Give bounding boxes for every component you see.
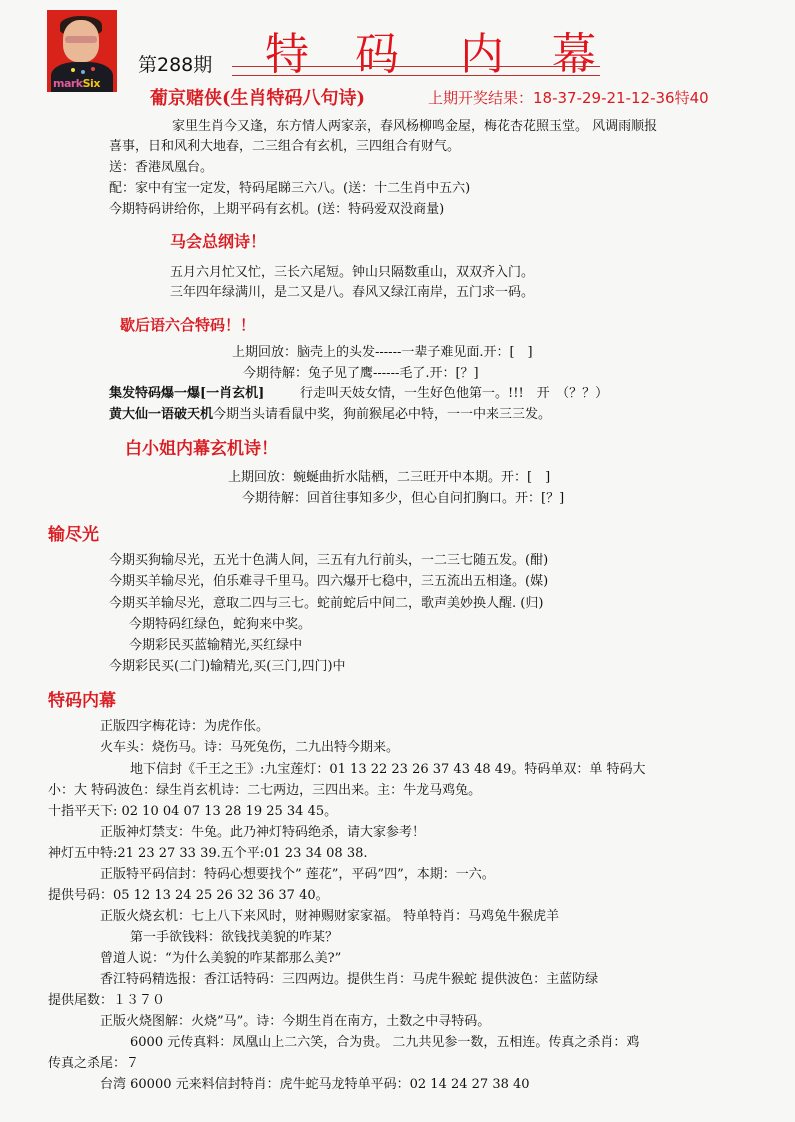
title-char: 码 (355, 18, 399, 82)
list-line: 今期买狗输尽光，五光十色满人间，三五有九行前头，一二三七随五发。(酣) (109, 551, 548, 571)
list-line: 今期买羊输尽光，伯乐难寻千里马。四六爆开七稳中，三五流出五相逢。(媒) (109, 572, 548, 592)
section-heading: 歇后语六合特码！！ (120, 314, 255, 335)
poem-line: 送：香港凤凰台。 (109, 158, 213, 178)
dot-icon (81, 70, 85, 74)
list-line: 曾道人说：“为什么美貌的咋某都那么美?” (100, 949, 341, 969)
list-line: 正版神灯禁支：牛兔。此乃神灯特码绝杀，请大家参考！ (100, 823, 425, 843)
poem-line: 家里生肖今又逢，东方情人两家亲，春风杨柳鸣金屋，梅花杏花照玉堂。 风调雨顺报 (172, 117, 657, 137)
poem-line: 三年四年绿满川，是二又是八。春风又绿江南岸，五门求一码。 (170, 283, 534, 303)
list-line: 今期彩民买(二门)输精光,买(三门,四门)中 (109, 657, 346, 677)
issue-number: 第288期 (138, 50, 212, 77)
section-heading: 输尽光 (48, 520, 99, 545)
huang-line: 黄大仙一语破天机今期当头请看鼠中奖，狗前猴尾必中特，一一中来三三发。 (109, 405, 551, 425)
last-draw-result: 上期开奖结果：18-37-29-21-12-36特40 (428, 87, 709, 108)
list-line: 传真之杀尾：７ (48, 1054, 139, 1074)
riddle-now: 今期待解：回首往事知多少，但心自问扪胸口。开：[？] (242, 489, 564, 509)
list-line: 提供尾数：１３７０ (48, 991, 165, 1011)
dot-icon (71, 68, 75, 72)
list-line: 今期买羊输尽光，意取二四与三七。蛇前蛇后中间二，歌声美妙换人醒. (归) (109, 594, 543, 614)
dot-icon (91, 67, 95, 71)
riddle-now: 今期待解：兔子见了鹰------毛了.开：[？] (243, 364, 479, 384)
title-underline (232, 66, 600, 67)
list-line: 今期彩民买蓝输精光,买红绿中 (129, 636, 302, 656)
jifa-label: 集发特码爆一爆[一肖玄机] (109, 384, 264, 404)
list-line: 正版火烧玄机：七上八下来风时，财神赐财家家福。 特单特肖：马鸡兔牛猴虎羊 (100, 907, 559, 927)
list-line: 十指平天下: 02 10 04 07 13 28 19 25 34 45。 (48, 802, 337, 822)
list-line: 香江特码精选报：香江话特码：三四两边。提供生肖：马虎牛猴蛇 提供波色：主蓝防绿 (100, 970, 598, 990)
poem-line: 五月六月忙又忙，三长六尾短。钟山只隔数重山，双双齐入门。 (170, 263, 534, 283)
title-underline (232, 75, 600, 76)
avatar-photo: markSix (47, 10, 117, 92)
list-line: 正版四字梅花诗：为虎作伥。 (100, 717, 269, 737)
riddle-last: 上期回放：蜿蜒曲折水陆栖，二三旺开中本期。开：[ ] (228, 468, 550, 488)
subtitle: 葡京赌侠(生肖特码八句诗) (150, 84, 365, 110)
title-char: 特 (265, 18, 309, 82)
list-line: 正版特平码信封：特码心想要找个” 莲花”，平码”四”，本期：一六。 (100, 865, 495, 885)
title-char: 幕 (552, 18, 596, 82)
marksix-logo: markSix (53, 77, 100, 90)
section-heading: 白小姐内幕玄机诗！ (125, 434, 278, 459)
list-line: 地下信封《千王之王》:九宝莲灯：01 13 22 23 26 37 43 48 … (130, 760, 645, 780)
list-line: 正版火烧图解：火烧”马”。诗：今期生肖在南方，土数之中寻特码。 (100, 1012, 490, 1032)
glasses-shape (65, 36, 97, 43)
section-heading: 马会总纲诗！ (170, 229, 266, 252)
list-line: 第一手欲钱料：欲钱找美貌的咋某？ (130, 928, 338, 948)
list-line: 火车头：烧伤马。诗：马死兔伤，二九出特今期来。 (100, 738, 399, 758)
riddle-last: 上期回放：脑壳上的头发------一辈子难见面.开：[ ] (232, 343, 533, 363)
jifa-text: 行走叫天妓女情，一生好色他第一。!!! 开 （？？） (300, 384, 608, 404)
list-line: 神灯五中特:21 23 27 33 39.五个平:01 23 34 08 38. (48, 844, 368, 864)
title-char: 内 (460, 18, 504, 82)
poem-line: 喜事，日和风利大地春，二三组合有玄机，三四组合有财气。 (109, 137, 460, 157)
list-line: 6000 元传真料：凤凰山上二六笑，合为贵。 二九共见参一数，五相连。传真之杀肖… (130, 1033, 639, 1053)
list-line: 今期特码红绿色，蛇狗来中奖。 (129, 615, 311, 635)
list-line: 提供号码：05 12 13 24 25 26 32 36 37 40。 (48, 886, 329, 906)
list-line: 小：大 特码波色：绿生肖玄机诗：二七两边，三四出来。主：牛龙马鸡兔。 (48, 781, 481, 801)
poem-line: 今期特码讲给你，上期平码有玄机。(送：特码爱双没商量) (109, 200, 444, 220)
section-heading: 特码内幕 (48, 686, 116, 711)
list-line: 台湾 60000 元来料信封特肖：虎牛蛇马龙特单平码：02 14 24 27 3… (100, 1075, 530, 1095)
poem-line: 配：家中有宝一定发，特码尾睇三六八。(送：十二生肖中五六) (109, 179, 470, 199)
